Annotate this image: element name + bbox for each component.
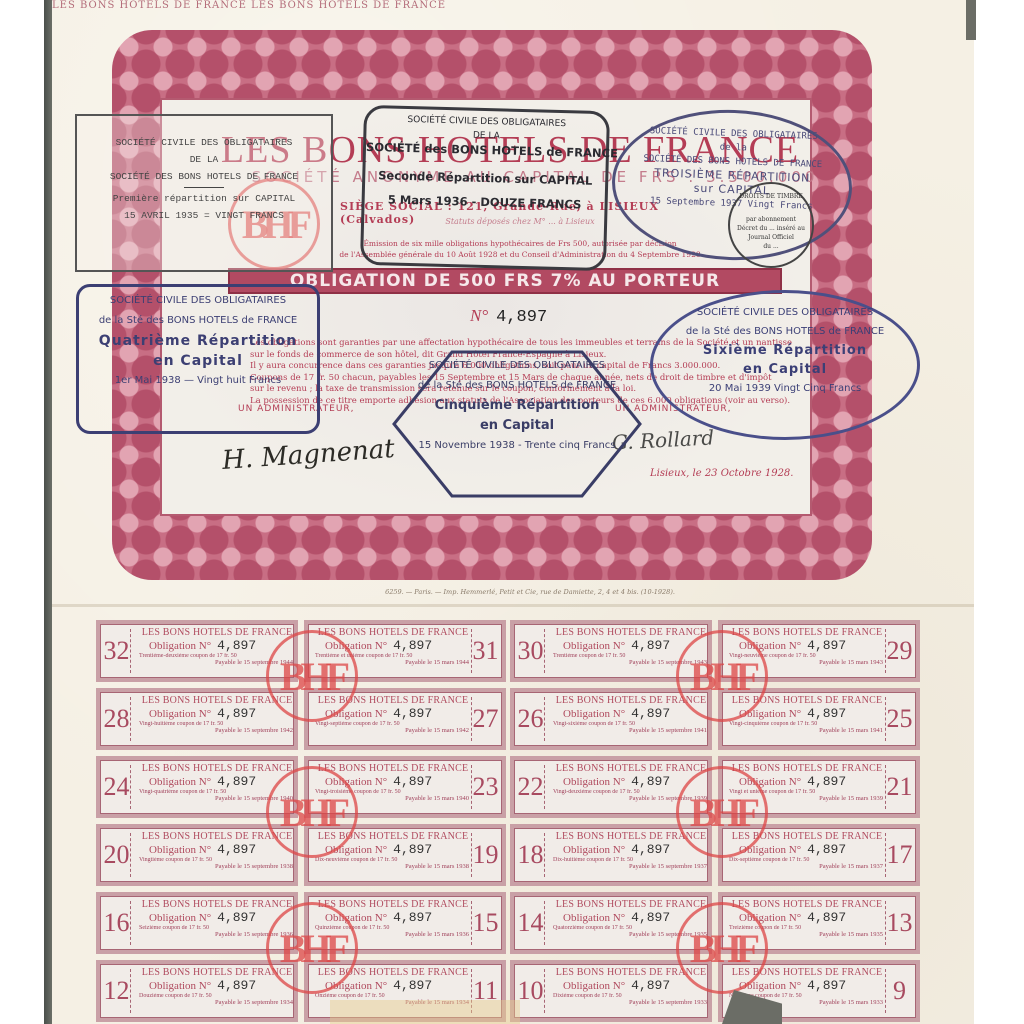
monogram-stamp: BHF [676, 630, 768, 722]
stamp-fourth-distribution: SOCIÉTÉ CIVILE DES OBLIGATAIRES de la St… [76, 284, 320, 434]
monogram-stamp: BHF [266, 630, 358, 722]
coupon-company: LES BONS HOTELS DE FRANCE [137, 899, 297, 910]
coupon-company: LES BONS HOTELS DE FRANCE [727, 627, 887, 638]
coupon-obligation: Obligation N°4,897 [137, 706, 297, 721]
coupon-number: 24 [103, 765, 131, 809]
coupon-obligation: Obligation N°4,897 [551, 842, 711, 857]
coupon-company: LES BONS HOTELS DE FRANCE [727, 763, 887, 774]
coupon-payable: Payable le 15 septembre 1942 [137, 727, 297, 734]
coupon-payable: Payable le 15 septembre 1933 [551, 999, 711, 1006]
coupon-obligation: Obligation N°4,897 [137, 842, 297, 857]
printer-imprint: 6259. — Paris. — Imp. Hemmerlé, Petit et… [370, 588, 690, 596]
monogram-stamp: BHF [676, 902, 768, 994]
coupon-number: 20 [103, 833, 131, 877]
bond-number: N°4,897 [470, 306, 547, 327]
coupon-company: LES BONS HOTELS DE FRANCE [551, 627, 711, 638]
coupon-number: 21 [885, 765, 913, 809]
coupon-obligation: Obligation N°4,897 [551, 978, 711, 993]
coupon-company: LES BONS HOTELS DE FRANCE [551, 763, 711, 774]
coupon-obligation: Obligation N°4,897 [137, 978, 297, 993]
coupon-number: 19 [471, 833, 499, 877]
coupon-number: 12 [103, 969, 131, 1013]
coupon-number: 26 [517, 697, 545, 741]
coupon-number: 15 [471, 901, 499, 945]
monogram-stamp: BHF [266, 766, 358, 858]
divider [184, 187, 224, 188]
coupon: 20LES BONS HOTELS DE FRANCEObligation N°… [96, 824, 298, 886]
monogram-stamp: BHF [266, 902, 358, 994]
coupon-number: 23 [471, 765, 499, 809]
coupon-company: LES BONS HOTELS DE FRANCE [137, 763, 297, 774]
coupon-company: LES BONS HOTELS DE FRANCE [727, 899, 887, 910]
scan-edge [966, 0, 976, 40]
coupon-number: 30 [517, 629, 545, 673]
coupon-number: 16 [103, 901, 131, 945]
tape-residue [330, 1000, 520, 1024]
coupon-company: LES BONS HOTELS DE FRANCE [313, 763, 473, 774]
coupon-payable: Payable le 15 septembre 1934 [137, 999, 297, 1006]
coupon-number: 9 [885, 969, 913, 1013]
coupon-sheet: 32LES BONS HOTELS DE FRANCEObligation N°… [96, 620, 916, 1024]
coupon-company: LES BONS HOTELS DE FRANCE [137, 627, 297, 638]
coupon-payable: Payable le 15 mars 1941 [727, 727, 887, 734]
fold-line [52, 604, 974, 607]
coupon-payable: Payable le 15 mars 1942 [313, 727, 473, 734]
coupon-number: 10 [517, 969, 545, 1013]
number-value: 4,897 [496, 308, 547, 327]
coupon-number: 25 [885, 697, 913, 741]
coupon-number: 31 [471, 629, 499, 673]
coupon-obligation: Obligation N°4,897 [551, 706, 711, 721]
tax-stamp: DROITS DE TIMBRE par abonnement Décret d… [728, 182, 814, 268]
coupon-payable: Payable le 15 mars 1937 [727, 863, 887, 870]
coupon-number: 32 [103, 629, 131, 673]
coupon-number: 13 [885, 901, 913, 945]
stamp-sixth-distribution: SOCIÉTÉ CIVILE DES OBLIGATAIRES de la St… [650, 290, 920, 440]
coupon-payable: Payable le 15 septembre 1941 [551, 727, 711, 734]
coupon-number: 22 [517, 765, 545, 809]
place-date: Lisieux, le 23 Octobre 1928. [650, 468, 793, 479]
coupon-payable: Payable le 15 septembre 1938 [137, 863, 297, 870]
coupon-number: 18 [517, 833, 545, 877]
stamp-first-distribution: SOCIÉTÉ CIVILE DES OBLIGATAIRES DE LA SO… [75, 114, 333, 272]
number-prefix: N° [470, 306, 488, 325]
coupon: 12LES BONS HOTELS DE FRANCEObligation N°… [96, 960, 298, 1022]
stamp-second-distribution: SOCIÉTÉ CIVILE DES OBLIGATAIRES DE LA SO… [360, 105, 610, 271]
coupon-number: 14 [517, 901, 545, 945]
coupon-number: 27 [471, 697, 499, 741]
monogram-stamp: BHF [676, 766, 768, 858]
coupon-number: 29 [885, 629, 913, 673]
stamp-fifth-distribution: SOCIÉTÉ CIVILE DES OBLIGATAIRES de la St… [392, 350, 642, 498]
coupon-company: LES BONS HOTELS DE FRANCE [313, 627, 473, 638]
top-ornament-text: LES BONS HOTELS DE FRANCE LES BONS HOTEL… [52, 0, 932, 14]
scan-edge [44, 0, 52, 1024]
coupon: 28LES BONS HOTELS DE FRANCEObligation N°… [96, 688, 298, 750]
coupon-company: LES BONS HOTELS DE FRANCE [551, 899, 711, 910]
coupon-payable: Payable le 15 mars 1938 [313, 863, 473, 870]
coupon-number: 28 [103, 697, 131, 741]
coupon-payable: Payable le 15 septembre 1937 [551, 863, 711, 870]
coupon-company: LES BONS HOTELS DE FRANCE [313, 899, 473, 910]
coupon-number: 17 [885, 833, 913, 877]
